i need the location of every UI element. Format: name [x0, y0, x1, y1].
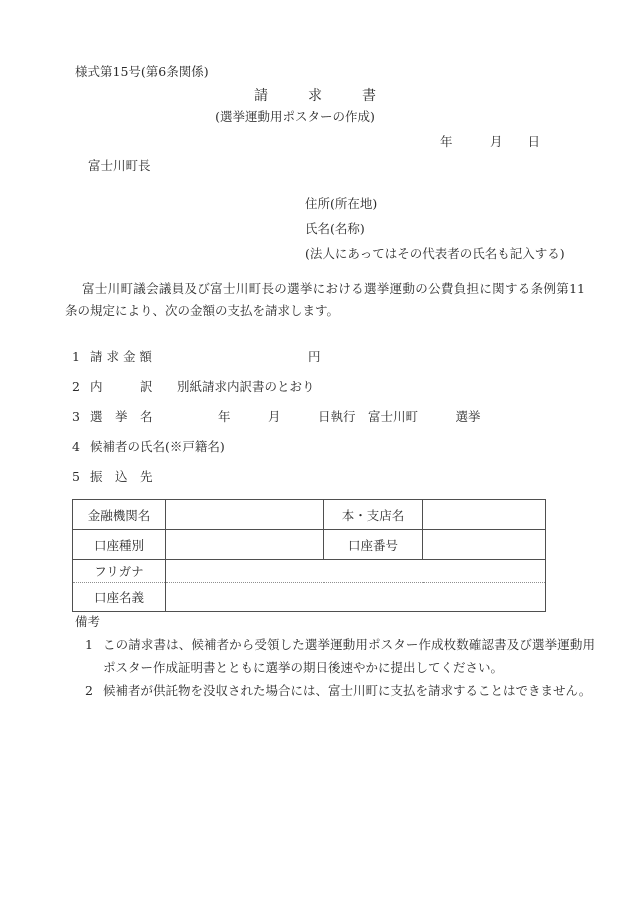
- form-number: 様式第15号(第6条関係): [75, 0, 630, 80]
- item-label: 請 求 金 額: [90, 349, 165, 365]
- note-number: 1: [85, 633, 103, 679]
- branch-label: 本・支店名: [324, 500, 423, 530]
- addressee-mayor: 富士川町長: [88, 158, 630, 174]
- item-number: 5: [72, 469, 90, 485]
- item-label: 候補者の氏名(※戸籍名): [90, 439, 225, 455]
- note-item: 2 候補者が供託物を没収された場合には、富士川町に支払を請求することはできません…: [0, 679, 630, 702]
- item-list: 1 請 求 金 額 円 2 内 訳 別紙請求内訳書のとおり 3 選 挙 名 年 …: [0, 349, 630, 485]
- item-candidate-name: 4 候補者の氏名(※戸籍名): [72, 439, 630, 455]
- note-text: この請求書は、候補者から受領した選挙運動用ポスター作成枚数確認書及び選挙運動用ポ…: [103, 633, 595, 679]
- account-holder-label: 口座名義: [73, 583, 166, 612]
- notes-heading: 備考: [75, 614, 630, 630]
- table-row: フリガナ: [73, 560, 546, 583]
- document-title: 請求書: [0, 87, 630, 105]
- branch-field: [423, 500, 546, 530]
- item-claim-amount: 1 請 求 金 額 円: [72, 349, 630, 365]
- date-line: 年 月 日: [0, 134, 630, 150]
- item-label: 選 挙 名: [90, 409, 165, 425]
- election-date-line: 年 月 日執行 富士川町 選挙: [218, 409, 481, 425]
- bank-account-table: 金融機関名 本・支店名 口座種別 口座番号 フリガナ 口座名義: [72, 499, 546, 612]
- table-row: 金融機関名 本・支店名: [73, 500, 546, 530]
- corporate-note: (法人にあってはその代表者の氏名も記入する): [305, 241, 630, 266]
- account-holder-field: [166, 583, 546, 612]
- note-item: 1 この請求書は、候補者から受領した選挙運動用ポスター作成枚数確認書及び選挙運動…: [0, 633, 630, 679]
- name-label: 氏名(名称): [305, 216, 630, 241]
- item-number: 4: [72, 439, 90, 455]
- financial-institution-field: [166, 500, 324, 530]
- item-label: 内 訳: [90, 379, 165, 395]
- notes-list: 1 この請求書は、候補者から受領した選挙運動用ポスター作成枚数確認書及び選挙運動…: [0, 633, 630, 702]
- financial-institution-label: 金融機関名: [73, 500, 166, 530]
- applicant-block: 住所(所在地) 氏名(名称) (法人にあってはその代表者の氏名も記入する): [305, 191, 630, 266]
- item-bank-transfer: 5 振 込 先: [72, 469, 630, 485]
- account-type-field: [166, 530, 324, 560]
- furigana-label: フリガナ: [73, 560, 166, 583]
- item-breakdown: 2 内 訳 別紙請求内訳書のとおり: [72, 379, 630, 395]
- table-row: 口座種別 口座番号: [73, 530, 546, 560]
- account-number-label: 口座番号: [324, 530, 423, 560]
- item-election-name: 3 選 挙 名 年 月 日執行 富士川町 選挙: [72, 409, 630, 425]
- item-number: 1: [72, 349, 90, 365]
- document-page: 様式第15号(第6条関係) 請求書 (選挙運動用ポスターの作成) 年 月 日 富…: [0, 0, 630, 903]
- account-type-label: 口座種別: [73, 530, 166, 560]
- item-label: 振 込 先: [90, 469, 165, 485]
- item-number: 2: [72, 379, 90, 395]
- furigana-field: [166, 560, 546, 583]
- address-label: 住所(所在地): [305, 191, 630, 216]
- request-statement: 富士川町議会議員及び富士川町長の選挙における選挙運動の公費負担に関する条例第11…: [65, 278, 585, 321]
- account-number-field: [423, 530, 546, 560]
- note-number: 2: [85, 679, 103, 702]
- table-row: 口座名義: [73, 583, 546, 612]
- note-text: 候補者が供託物を没収された場合には、富士川町に支払を請求することはできません。: [103, 679, 595, 702]
- yen-unit-label: 円: [308, 349, 321, 365]
- document-subtitle: (選挙運動用ポスターの作成): [0, 109, 630, 125]
- item-number: 3: [72, 409, 90, 425]
- breakdown-reference: 別紙請求内訳書のとおり: [177, 379, 315, 395]
